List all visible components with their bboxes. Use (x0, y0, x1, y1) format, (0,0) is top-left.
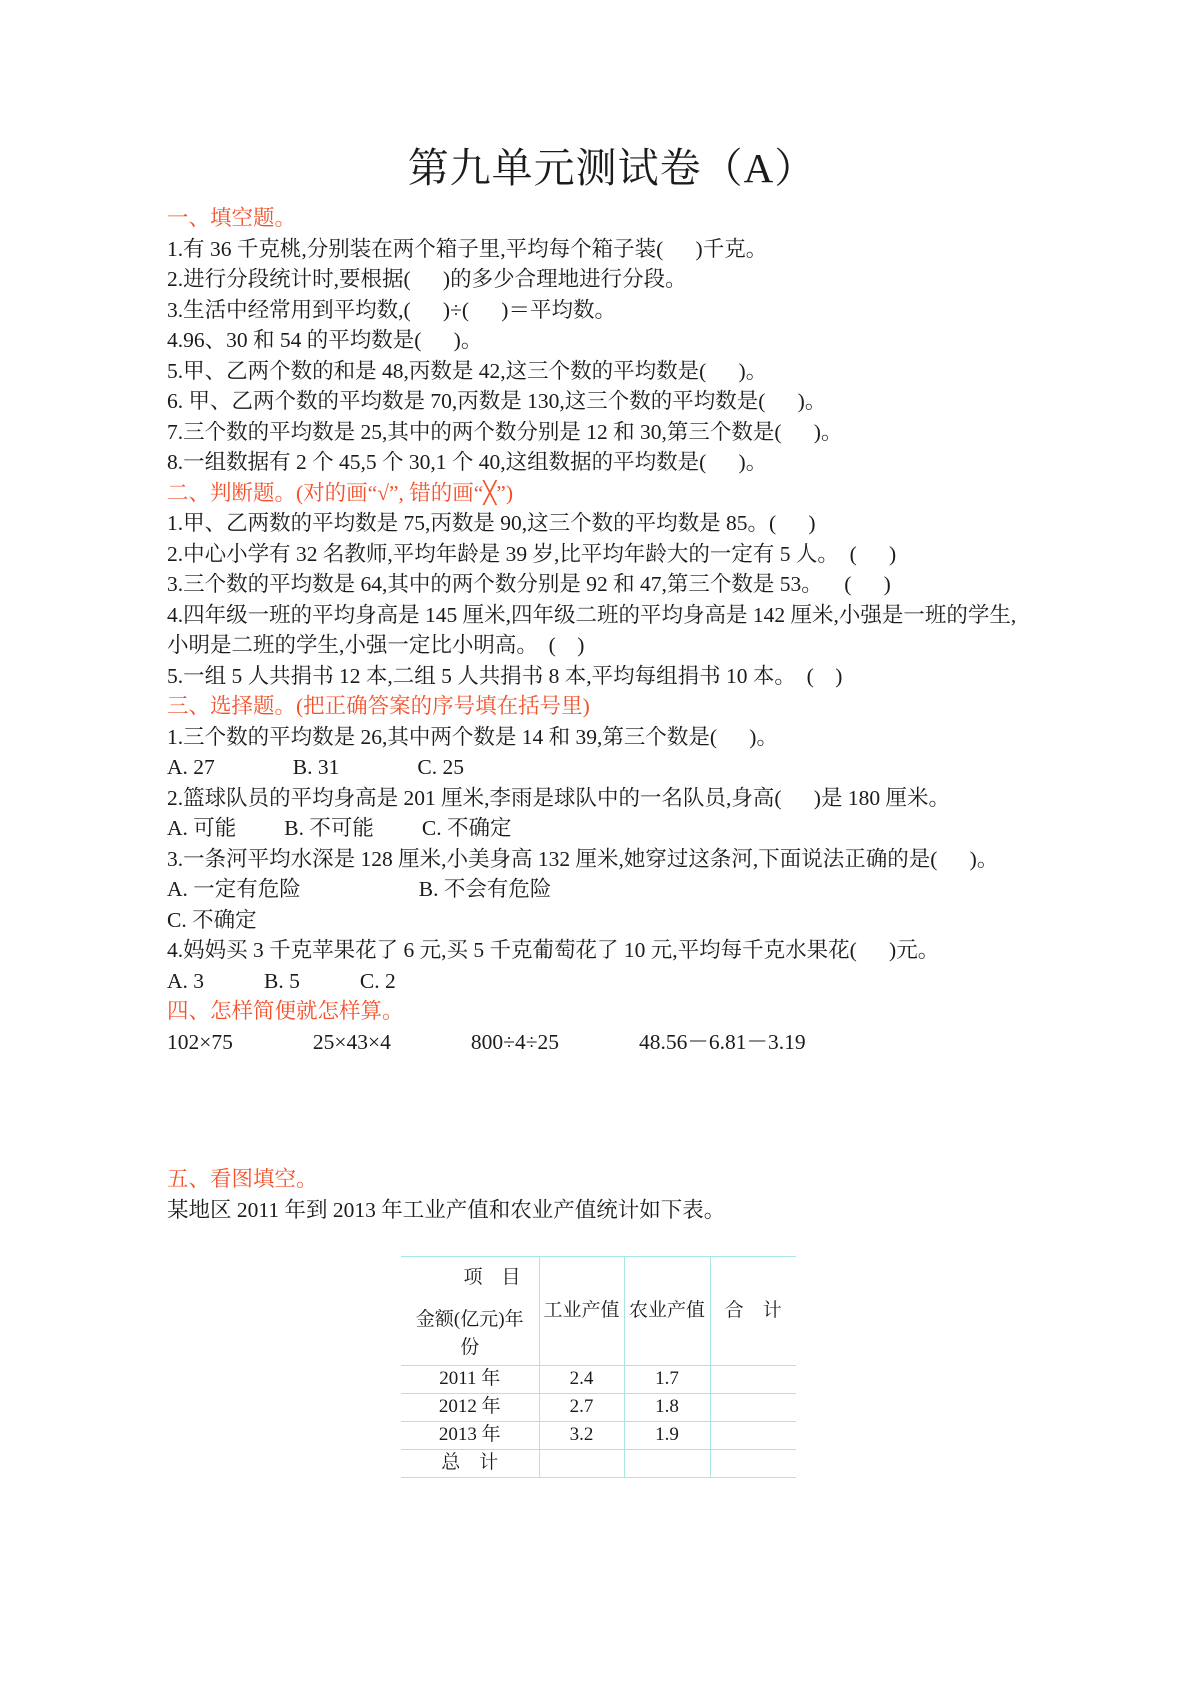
col-header-total: 合 计 (710, 1257, 796, 1366)
look-intro: 某地区 2011 年到 2013 年工业产值和农业产值统计如下表。 (167, 1195, 1057, 1226)
fill-question-4: 4.96、30 和 54 的平均数是( )。 (167, 325, 1057, 356)
judge-question-5: 5.一组 5 人共捐书 12 本,二组 5 人共捐书 8 本,平均每组捐书 10… (167, 661, 1057, 692)
choice-3-options-row-2: C. 不确定 (167, 905, 1057, 936)
corner-label-amount: 金额(亿元)年 (401, 1291, 539, 1333)
year-cell: 2011 年 (401, 1366, 539, 1394)
table-row-2013: 2013 年 3.2 1.9 (401, 1422, 796, 1450)
choice-4-option-a: A. 3 (167, 966, 204, 997)
judge-question-2: 2.中心小学有 32 名教师,平均年龄是 39 岁,比平均年龄大的一定有 5 人… (167, 539, 1057, 570)
calc-expression-2: 25×43×4 (313, 1027, 391, 1058)
calc-expressions: 102×75 25×43×4 800÷4÷25 48.56－6.81－3.19 (167, 1027, 1057, 1058)
choice-2-option-c: C. 不确定 (422, 813, 512, 844)
choice-question-2: 2.篮球队员的平均身高是 201 厘米,李雨是球队中的一名队员,身高( )是 1… (167, 783, 1057, 814)
choice-3-options-row-1: A. 一定有危险 B. 不会有危险 (167, 874, 1057, 905)
table-row-grand-total: 总 计 (401, 1450, 796, 1478)
corner-label-item: 项 目 (401, 1257, 539, 1291)
industry-value (539, 1450, 624, 1478)
work-space (167, 1057, 1057, 1164)
fill-question-1: 1.有 36 千克桃,分别装在两个箱子里,平均每个箱子装( )千克。 (167, 234, 1057, 265)
agriculture-value: 1.9 (624, 1422, 710, 1450)
total-value-blank (710, 1366, 796, 1394)
section-heading-judge: 二、判断题。(对的画“√”, 错的画“╳”) (167, 478, 1057, 509)
choice-3-option-a: A. 一定有危险 (167, 874, 301, 905)
industry-value: 2.4 (539, 1366, 624, 1394)
worksheet-page: 第九单元测试卷（A） 一、填空题。 1.有 36 千克桃,分别装在两个箱子里,平… (0, 0, 1191, 1684)
choice-4-options: A. 3 B. 5 C. 2 (167, 966, 1057, 997)
choice-1-option-a: A. 27 (167, 752, 215, 783)
col-header-agriculture: 农业产值 (624, 1257, 710, 1366)
fill-question-6: 6. 甲、乙两个数的平均数是 70,丙数是 130,这三个数的平均数是( )。 (167, 386, 1057, 417)
section-heading-look: 五、看图填空。 (167, 1164, 1057, 1195)
agriculture-value: 1.7 (624, 1366, 710, 1394)
choice-4-option-c: C. 2 (360, 966, 396, 997)
total-value-blank (710, 1394, 796, 1422)
agriculture-value (624, 1450, 710, 1478)
page-title: 第九单元测试卷（A） (167, 0, 1057, 193)
worksheet-content: 第九单元测试卷（A） 一、填空题。 1.有 36 千克桃,分别装在两个箱子里,平… (167, 0, 1057, 1478)
choice-question-4: 4.妈妈买 3 千克苹果花了 6 元,买 5 千克葡萄花了 10 元,平均每千克… (167, 935, 1057, 966)
fill-question-7: 7.三个数的平均数是 25,其中的两个数分别是 12 和 30,第三个数是( )… (167, 417, 1057, 448)
choice-1-options: A. 27 B. 31 C. 25 (167, 752, 1057, 783)
corner-label-year: 份 (401, 1333, 539, 1361)
industry-value: 3.2 (539, 1422, 624, 1450)
industry-value: 2.7 (539, 1394, 624, 1422)
choice-2-option-b: B. 不可能 (284, 813, 374, 844)
choice-4-option-b: B. 5 (264, 966, 300, 997)
fill-question-8: 8.一组数据有 2 个 45,5 个 30,1 个 40,这组数据的平均数是( … (167, 447, 1057, 478)
fill-question-5: 5.甲、乙两个数的和是 48,丙数是 42,这三个数的平均数是( )。 (167, 356, 1057, 387)
choice-3-option-b: B. 不会有危险 (419, 874, 552, 905)
choice-1-option-b: B. 31 (293, 752, 340, 783)
agriculture-value: 1.8 (624, 1394, 710, 1422)
judge-question-4-line-2: 小明是二班的学生,小强一定比小明高。 ( ) (167, 630, 1057, 661)
total-value-blank (710, 1450, 796, 1478)
choice-2-option-a: A. 可能 (167, 813, 236, 844)
calc-expression-1: 102×75 (167, 1027, 233, 1058)
choice-2-options: A. 可能 B. 不可能 C. 不确定 (167, 813, 1057, 844)
total-value-blank (710, 1422, 796, 1450)
table-row-2012: 2012 年 2.7 1.8 (401, 1394, 796, 1422)
choice-1-option-c: C. 25 (417, 752, 464, 783)
section-heading-choice: 三、选择题。(把正确答案的序号填在括号里) (167, 691, 1057, 722)
year-cell: 总 计 (401, 1450, 539, 1478)
fill-question-3: 3.生活中经常用到平均数,( )÷( )＝平均数。 (167, 295, 1057, 326)
table-row-2011: 2011 年 2.4 1.7 (401, 1366, 796, 1394)
year-cell: 2013 年 (401, 1422, 539, 1450)
judge-question-3: 3.三个数的平均数是 64,其中的两个数分别是 92 和 47,第三个数是 53… (167, 569, 1057, 600)
calc-expression-3: 800÷4÷25 (471, 1027, 559, 1058)
section-heading-calc: 四、怎样简便就怎样算。 (167, 996, 1057, 1027)
judge-question-4-line-1: 4.四年级一班的平均身高是 145 厘米,四年级二班的平均身高是 142 厘米,… (167, 600, 1057, 631)
choice-question-1: 1.三个数的平均数是 26,其中两个数是 14 和 39,第三个数是( )。 (167, 722, 1057, 753)
judge-question-1: 1.甲、乙两数的平均数是 75,丙数是 90,这三个数的平均数是 85。( ) (167, 508, 1057, 539)
section-heading-fill: 一、填空题。 (167, 203, 1057, 234)
stats-table: 项 目 金额(亿元)年 份 工业产值 农业产值 合 计 2011 年 2.4 1… (401, 1256, 796, 1478)
year-cell: 2012 年 (401, 1394, 539, 1422)
calc-expression-4: 48.56－6.81－3.19 (639, 1027, 806, 1058)
choice-3-option-c: C. 不确定 (167, 905, 257, 936)
col-header-industry: 工业产值 (539, 1257, 624, 1366)
table-corner-cell: 项 目 金额(亿元)年 份 (401, 1257, 539, 1366)
table-header-row: 项 目 金额(亿元)年 份 工业产值 农业产值 合 计 (401, 1257, 796, 1366)
choice-question-3: 3.一条河平均水深是 128 厘米,小美身高 132 厘米,她穿过这条河,下面说… (167, 844, 1057, 875)
fill-question-2: 2.进行分段统计时,要根据( )的多少合理地进行分段。 (167, 264, 1057, 295)
